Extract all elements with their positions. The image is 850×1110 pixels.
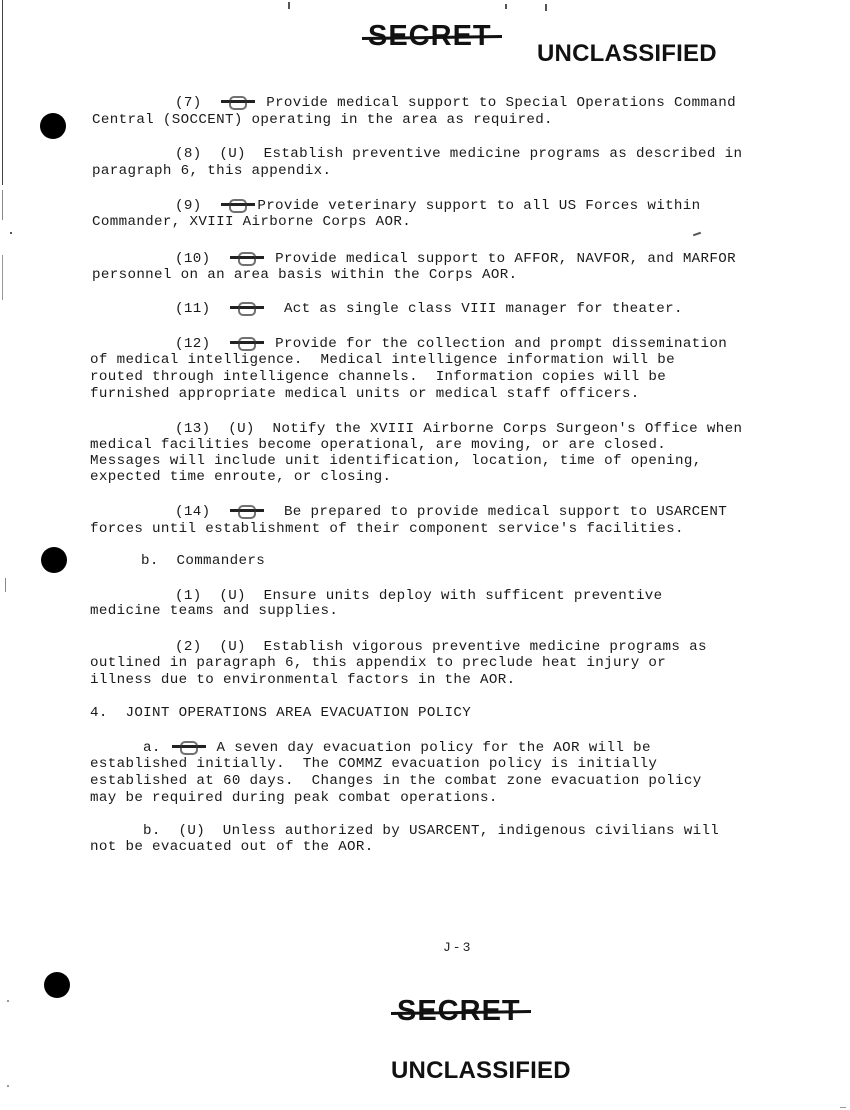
section-b-heading: b. Commanders [141, 553, 265, 570]
paragraph-13: (13) (U) Notify the XVIII Airborne Corps… [175, 421, 742, 438]
footer-old-classification: SECRET [397, 995, 521, 1028]
paragraph-9: (9) Provide veterinary support to all US… [175, 198, 701, 215]
scan-speck [505, 4, 507, 9]
scan-margin-line [2, 190, 3, 220]
redacted-classification-mark [219, 96, 257, 108]
section-4-heading: 4. JOINT OPERATIONS AREA EVACUATION POLI… [90, 705, 471, 722]
page-number: J-3 [443, 940, 472, 955]
scan-margin-line [2, 0, 3, 185]
paragraph-14: (14) Be prepared to provide medical supp… [175, 504, 727, 521]
section-4-item-b: b. (U) Unless authorized by USARCENT, in… [143, 823, 719, 840]
paragraph-10: (10) Provide medical support to AFFOR, N… [175, 251, 736, 268]
scan-speck [7, 1085, 9, 1087]
paragraph-8: (8) (U) Establish preventive medicine pr… [175, 146, 742, 163]
paragraph-13-line: expected time enroute, or closing. [90, 469, 391, 486]
paragraph-8-line: paragraph 6, this appendix. [92, 163, 331, 180]
paragraph-10-line: personnel on an area basis within the Co… [92, 267, 517, 284]
paragraph-13-line: medical facilities become operational, a… [90, 437, 666, 454]
section-4-item-a-line: established initially. The COMMZ evacuat… [90, 756, 657, 773]
scan-margin-line [2, 255, 3, 300]
scan-speck [693, 232, 701, 237]
paragraph-12: (12) Provide for the collection and prom… [175, 336, 727, 353]
section-b-item-1-line: medicine teams and supplies. [90, 603, 338, 620]
paragraph-12-line: of medical intelligence. Medical intelli… [90, 352, 675, 369]
punch-hole [40, 113, 66, 139]
paragraph-12-line: furnished appropriate medical units or m… [90, 386, 640, 403]
section-b-item-2-line: illness due to environmental factors in … [90, 672, 515, 689]
header-old-classification: SECRET [368, 20, 492, 53]
redacted-classification-mark [219, 199, 257, 211]
section-4-item-a-line: established at 60 days. Changes in the c… [90, 773, 702, 790]
section-b-item-2: (2) (U) Establish vigorous preventive me… [175, 639, 707, 656]
redacted-classification-mark [170, 741, 208, 753]
punch-hole [44, 972, 70, 998]
section-b-item-2-line: outlined in paragraph 6, this appendix t… [90, 655, 666, 672]
scan-speck [545, 4, 547, 11]
section-4-item-a: a. A seven day evacuation policy for the… [143, 740, 651, 757]
scan-speck [5, 578, 6, 592]
document-page: SECRET UNCLASSIFIED (7) Provide medical … [0, 0, 850, 1110]
scan-speck [10, 232, 12, 234]
redacted-classification-mark [228, 505, 266, 517]
scan-speck [288, 2, 290, 9]
scan-speck [7, 1000, 9, 1002]
footer-classification: UNCLASSIFIED [391, 1057, 571, 1085]
paragraph-12-line: routed through intelligence channels. In… [90, 369, 666, 386]
scan-speck [840, 1107, 846, 1108]
paragraph-14-line: forces until establishment of their comp… [90, 521, 684, 538]
paragraph-11: (11) Act as single class VIII manager fo… [175, 301, 683, 318]
redacted-classification-mark [228, 337, 266, 349]
redacted-classification-mark [228, 302, 266, 314]
punch-hole [41, 547, 67, 573]
paragraph-7: (7) Provide medical support to Special O… [175, 95, 736, 112]
header-classification: UNCLASSIFIED [537, 40, 717, 68]
section-4-item-a-line: may be required during peak combat opera… [90, 790, 498, 807]
paragraph-9-line: Commander, XVIII Airborne Corps AOR. [92, 214, 411, 231]
redacted-classification-mark [228, 252, 266, 264]
section-4-item-b-line: not be evacuated out of the AOR. [90, 839, 374, 856]
paragraph-7-line: Central (SOCCENT) operating in the area … [92, 112, 553, 129]
paragraph-13-line: Messages will include unit identificatio… [90, 453, 702, 470]
